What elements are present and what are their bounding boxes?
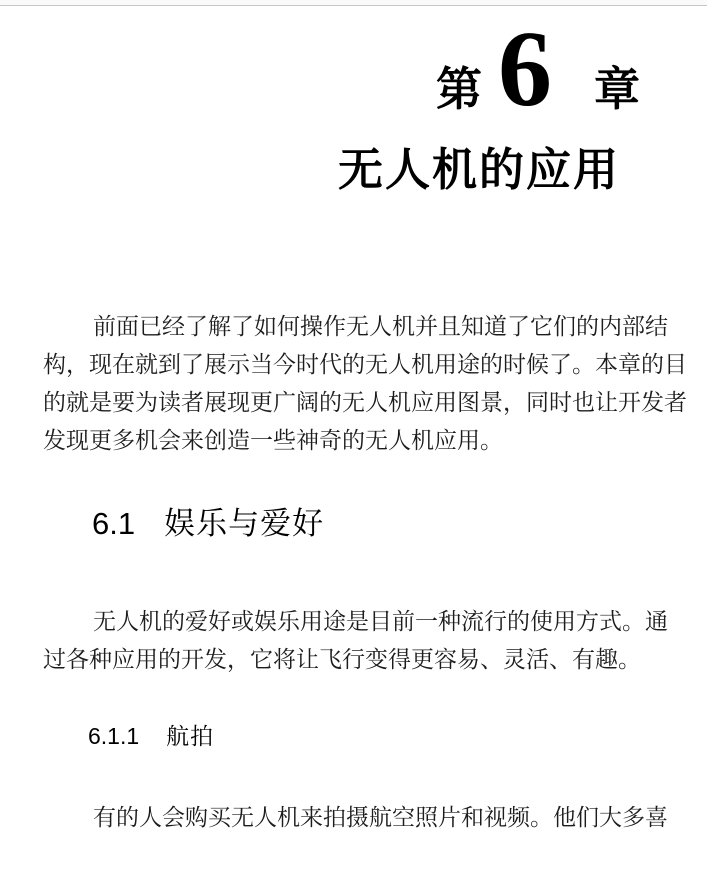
paragraph-line: 无人机的爱好或娱乐用途是目前一种流行的使用方式。通 — [43, 603, 665, 641]
chapter-suffix: 章 — [594, 66, 640, 112]
book-page: 第 6 章 无人机的应用 前面已经了解了如何操作无人机并且知道了它们的内部结 构… — [0, 0, 707, 873]
paragraph-aerial: 有的人会购买无人机来拍摄航空照片和视频。他们大多喜 — [43, 799, 665, 837]
subsection-title: 航拍 — [166, 723, 214, 749]
paragraph-hobby: 无人机的爱好或娱乐用途是目前一种流行的使用方式。通 过各种应用的开发，它将让飞行… — [43, 603, 665, 679]
chapter-number-line: 第 6 章 — [0, 16, 640, 124]
paragraph-line: 构，现在就到了展示当今时代的无人机用途的时候了。本章的目 — [43, 346, 665, 384]
page-top-edge — [0, 0, 707, 6]
paragraph-line: 的就是要为读者展现更广阔的无人机应用图景，同时也让开发者 — [43, 384, 665, 422]
section-heading-6-1: 6.1娱乐与爱好 — [92, 508, 324, 540]
paragraph-line: 前面已经了解了如何操作无人机并且知道了它们的内部结 — [43, 308, 665, 346]
paragraph-line: 发现更多机会来创造一些神奇的无人机应用。 — [43, 422, 665, 460]
paragraph-intro: 前面已经了解了如何操作无人机并且知道了它们的内部结 构，现在就到了展示当今时代的… — [43, 308, 665, 460]
paragraph-line: 有的人会购买无人机来拍摄航空照片和视频。他们大多喜 — [43, 799, 665, 837]
chapter-prefix: 第 — [436, 66, 482, 112]
paragraph-line: 过各种应用的开发，它将让飞行变得更容易、灵活、有趣。 — [43, 641, 665, 679]
section-number: 6.1 — [92, 506, 135, 541]
subsection-heading-6-1-1: 6.1.1航拍 — [88, 724, 214, 748]
chapter-number: 6 — [498, 16, 552, 124]
section-title: 娱乐与爱好 — [164, 506, 324, 541]
chapter-title: 无人机的应用 — [338, 147, 620, 192]
subsection-number: 6.1.1 — [88, 723, 139, 749]
